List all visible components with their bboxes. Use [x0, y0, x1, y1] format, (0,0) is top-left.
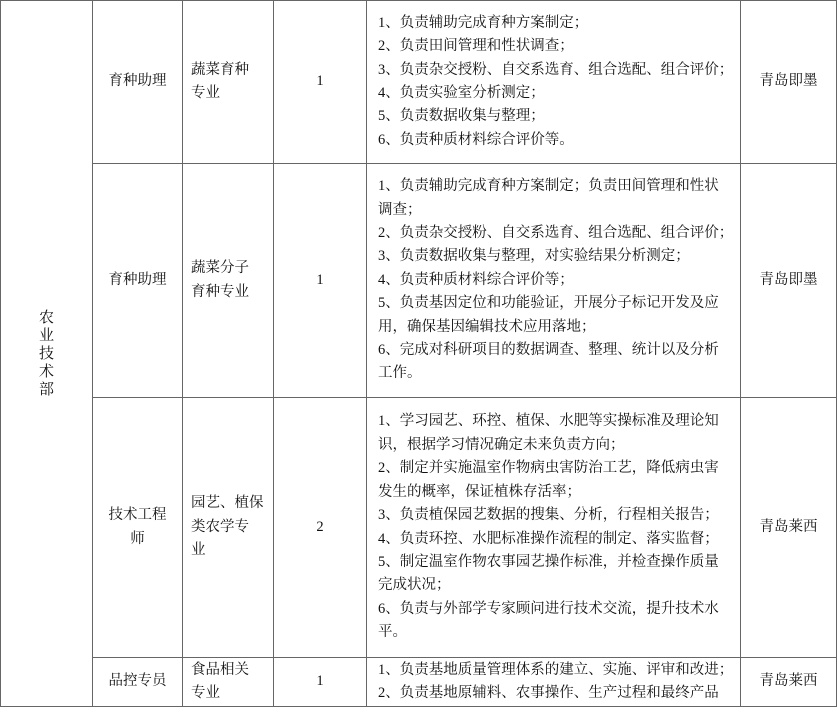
duties-cell: 1、学习园艺、环控、植保、水肥等实操标准及理论知 识，根据学习情况确定未来负责方… — [367, 398, 741, 658]
headcount-value: 1 — [316, 673, 323, 689]
major-cell: 园艺、植保 类农学专 业 — [183, 398, 274, 658]
major-label: 蔬菜育种 专业 — [183, 59, 273, 106]
department-cell: 农业技术部 — [1, 1, 93, 707]
position-label: 品控专员 — [107, 670, 169, 694]
duties-list: 1、负责辅助完成育种方案制定；负责田间管理和性状 调查； 2、负责杂交授粉、自交… — [367, 175, 740, 386]
duties-cell: 1、负责基地质量管理体系的建立、实施、评审和改进； 2、负责基地原辅料、农事操作… — [367, 658, 741, 707]
duties-list: 1、学习园艺、环控、植保、水肥等实操标准及理论知 识，根据学习情况确定未来负责方… — [367, 410, 740, 644]
table-row: 农业技术部 育种助理 蔬菜育种 专业 1 1、负责辅助完成育种方案制定； 2、负… — [1, 1, 837, 164]
position-label: 技术工程师 — [107, 504, 169, 551]
location-cell: 青岛即墨 — [741, 1, 837, 164]
headcount-cell: 1 — [274, 658, 367, 707]
position-label: 育种助理 — [107, 269, 169, 293]
location-label: 青岛莱西 — [760, 673, 818, 689]
position-cell: 技术工程师 — [93, 398, 183, 658]
location-cell: 青岛莱西 — [741, 658, 837, 707]
location-label: 青岛莱西 — [760, 519, 818, 535]
duties-list: 1、负责基地质量管理体系的建立、实施、评审和改进； 2、负责基地原辅料、农事操作… — [367, 659, 740, 706]
location-cell: 青岛即墨 — [741, 164, 837, 398]
headcount-value: 1 — [316, 73, 323, 89]
duties-list: 1、负责辅助完成育种方案制定； 2、负责田间管理和性状调查； 3、负责杂交授粉、… — [367, 12, 740, 152]
duties-cell: 1、负责辅助完成育种方案制定；负责田间管理和性状 调查； 2、负责杂交授粉、自交… — [367, 164, 741, 398]
major-cell: 蔬菜育种 专业 — [183, 1, 274, 164]
major-cell: 食品相关 专业 — [183, 658, 274, 707]
department-label: 农业技术部 — [39, 309, 55, 399]
headcount-value: 1 — [316, 272, 323, 288]
recruitment-table: 农业技术部 育种助理 蔬菜育种 专业 1 1、负责辅助完成育种方案制定； 2、负… — [0, 0, 837, 707]
headcount-cell: 1 — [274, 1, 367, 164]
position-cell: 育种助理 — [93, 164, 183, 398]
position-cell: 育种助理 — [93, 1, 183, 164]
headcount-cell: 1 — [274, 164, 367, 398]
document-page: 农业技术部 育种助理 蔬菜育种 专业 1 1、负责辅助完成育种方案制定； 2、负… — [0, 0, 837, 712]
major-label: 蔬菜分子 育种专业 — [183, 257, 273, 304]
major-label: 园艺、植保 类农学专 业 — [183, 492, 273, 563]
duties-cell: 1、负责辅助完成育种方案制定； 2、负责田间管理和性状调查； 3、负责杂交授粉、… — [367, 1, 741, 164]
headcount-cell: 2 — [274, 398, 367, 658]
table-row: 品控专员 食品相关 专业 1 1、负责基地质量管理体系的建立、实施、评审和改进；… — [1, 658, 837, 707]
position-cell: 品控专员 — [93, 658, 183, 707]
headcount-value: 2 — [316, 519, 323, 535]
location-label: 青岛即墨 — [760, 73, 818, 89]
major-cell: 蔬菜分子 育种专业 — [183, 164, 274, 398]
location-cell: 青岛莱西 — [741, 398, 837, 658]
major-label: 食品相关 专业 — [183, 659, 273, 706]
position-label: 育种助理 — [107, 70, 169, 94]
table-row: 技术工程师 园艺、植保 类农学专 业 2 1、学习园艺、环控、植保、水肥等实操标… — [1, 398, 837, 658]
location-label: 青岛即墨 — [760, 272, 818, 288]
table-row: 育种助理 蔬菜分子 育种专业 1 1、负责辅助完成育种方案制定；负责田间管理和性… — [1, 164, 837, 398]
